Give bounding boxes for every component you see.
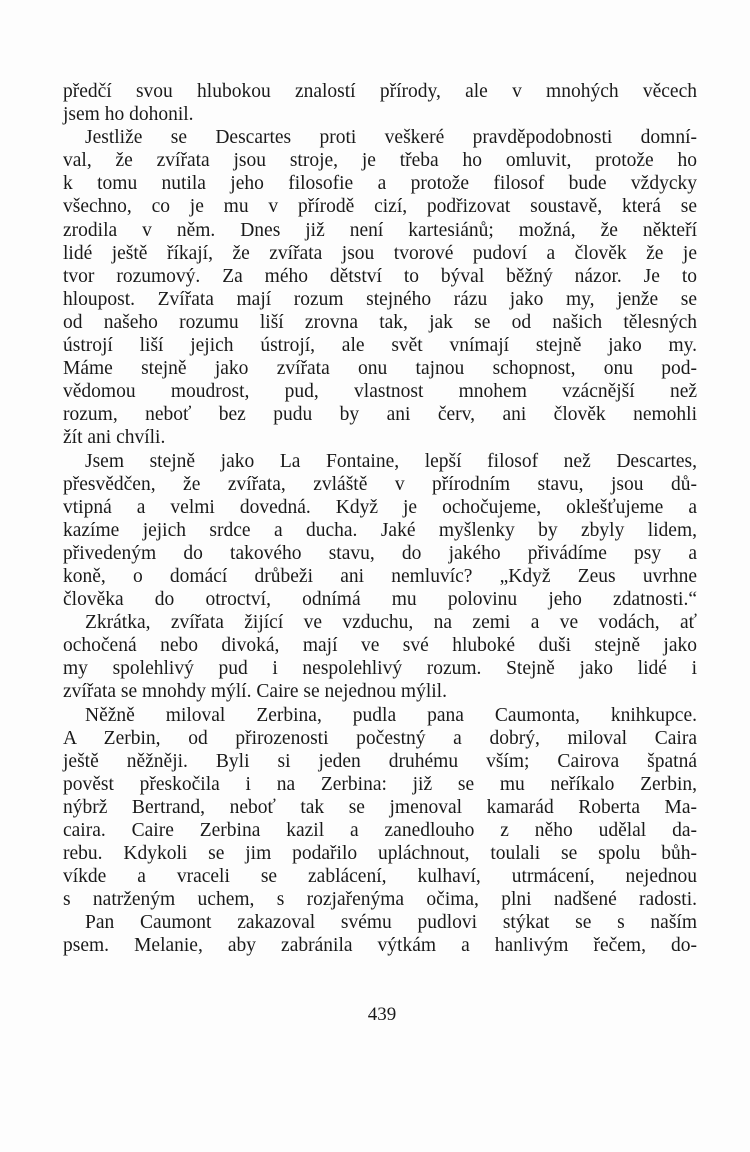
text-line: víkde a vraceli se zablácení, kulhaví, u… (63, 865, 697, 888)
text-line: Máme stejně jako zvířata onu tajnou scho… (63, 357, 697, 380)
text-line: s natrženým uchem, s rozjařenýma očima, … (63, 888, 697, 911)
text-line: ještě něžněji. Byli si jeden druhému vší… (63, 750, 697, 773)
text-line: hloupost. Zvířata mají rozum stejného rá… (63, 288, 697, 311)
text-line: ústrojí liší jejich ústrojí, ale svět vn… (63, 334, 697, 357)
text-line: my spolehlivý pud i nespolehlivý rozum. … (63, 657, 697, 680)
text-line: přesvědčen, že zvířata, zvláště v přírod… (63, 473, 697, 496)
text-line: jsem ho dohonil. (63, 103, 697, 126)
page-number: 439 (0, 1004, 750, 1026)
text-line: zvířata se mnohdy mýlí. Caire se nejedno… (63, 680, 697, 703)
text-line: vtipná a velmi dovedná. Když je ochočuje… (63, 496, 697, 519)
text-line: Zkrátka, zvířata žijící ve vzduchu, na z… (63, 611, 697, 634)
text-line: od našeho rozumu liší zrovna tak, jak se… (63, 311, 697, 334)
text-line: vědomou moudrost, pud, vlastnost mnohem … (63, 380, 697, 403)
text-line: žít ani chvíli. (63, 426, 697, 449)
text-line: val, že zvířata jsou stroje, je třeba ho… (63, 149, 697, 172)
text-line: nýbrž Bertrand, neboť tak se jmenoval ka… (63, 796, 697, 819)
text-line: tvor rozumový. Za mého dětství to býval … (63, 265, 697, 288)
text-line: Jsem stejně jako La Fontaine, lepší filo… (63, 450, 697, 473)
text-line: předčí svou hlubokou znalostí přírody, a… (63, 80, 697, 103)
text-line: psem. Melanie, aby zabránila výtkám a ha… (63, 934, 697, 957)
text-line: koně, o domácí drůbeži ani nemluvíc? „Kd… (63, 565, 697, 588)
text-line: rozum, neboť bez pudu by ani červ, ani č… (63, 403, 697, 426)
text-line: Něžně miloval Zerbina, pudla pana Caumon… (63, 704, 697, 727)
text-line: Jestliže se Descartes proti veškeré prav… (63, 126, 697, 149)
text-line: všechno, co je mu v přírodě cizí, podřiz… (63, 195, 697, 218)
text-line: pověst přeskočila i na Zerbina: již se m… (63, 773, 697, 796)
text-line: člověka do otroctví, odnímá mu polovinu … (63, 588, 697, 611)
text-line: A Zerbin, od přirozenosti počestný a dob… (63, 727, 697, 750)
text-line: rebu. Kdykoli se jim podařilo upláchnout… (63, 842, 697, 865)
text-line: kazíme jejich srdce a ducha. Jaké myšlen… (63, 519, 697, 542)
body-text: předčí svou hlubokou znalostí přírody, a… (63, 80, 697, 958)
book-page: předčí svou hlubokou znalostí přírody, a… (0, 0, 750, 1152)
text-line: lidé ještě říkají, že zvířata jsou tvoro… (63, 242, 697, 265)
text-line: přivedeným do takového stavu, do jakého … (63, 542, 697, 565)
text-line: k tomu nutila jeho filosofie a protože f… (63, 172, 697, 195)
text-line: zrodila v něm. Dnes již není kartesiánů;… (63, 219, 697, 242)
text-line: ochočená nebo divoká, mají ve své hlubok… (63, 634, 697, 657)
text-line: Pan Caumont zakazoval svému pudlovi stýk… (63, 911, 697, 934)
text-line: caira. Caire Zerbina kazil a zanedlouho … (63, 819, 697, 842)
